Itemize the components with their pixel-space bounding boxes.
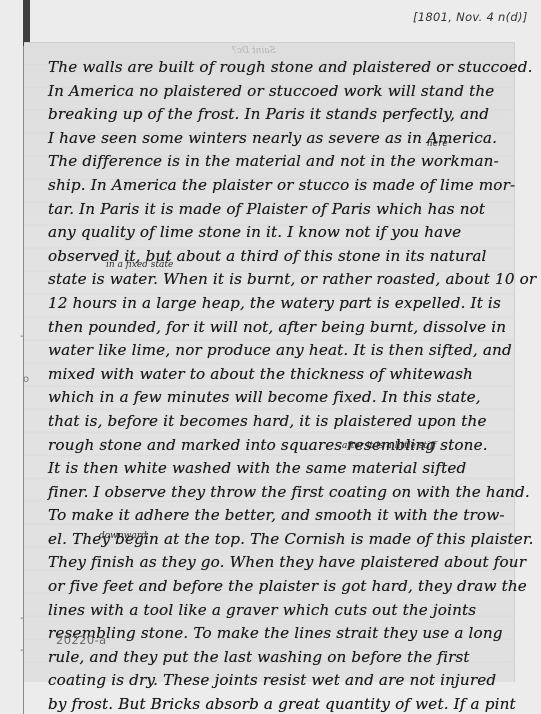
manuscript-line: by frost. But Bricks absorb a great quan… [48,693,508,714]
manuscript-line: ship. In America the plaister or stucco … [48,174,508,198]
manuscript-line: finer. I observe they throw the first co… [48,481,508,505]
manuscript-line: coating is dry. These joints resist wet … [48,669,508,693]
scan-edge-shadow [23,0,30,46]
archive-reference: [1801, Nov. 4 n(d)] [413,10,528,24]
manuscript-line: The walls are built of rough stone and p… [48,56,508,80]
margin-mark: - [20,645,24,656]
manuscript-line: which in a few minutes will become fixed… [48,386,508,410]
margin-mark: - [20,331,24,342]
margin-mark: o [23,374,29,385]
manuscript-line: breaking up of the frost. In Paris it st… [48,103,508,127]
manuscript-page: Saint Dc? here in a fixed state after it… [24,42,515,682]
manuscript-line: el. They begin at the top. The Cornish i… [48,528,508,552]
manuscript-line: any quality of lime stone in it. I know … [48,221,508,245]
bleed-through-heading: Saint Dc? [232,46,276,56]
catalog-number: 20220-a [56,633,107,647]
manuscript-line: then pounded, for it will not, after bei… [48,316,508,340]
manuscript-line: state is water. When it is burnt, or rat… [48,268,508,292]
manuscript-line: I have seen some winters nearly as sever… [48,127,508,151]
manuscript-line: resembling stone. To make the lines stra… [48,622,508,646]
margin-mark: - [20,613,24,624]
manuscript-line: tar. In Paris it is made of Plaister of … [48,198,508,222]
manuscript-line: The difference is in the material and no… [48,150,508,174]
manuscript-line: that is, before it becomes hard, it is p… [48,410,508,434]
manuscript-line: In America no plaistered or stuccoed wor… [48,80,508,104]
manuscript-line: water like lime, nor produce any heat. I… [48,339,508,363]
manuscript-line: or five feet and before the plaister is … [48,575,508,599]
manuscript-line: rule, and they put the last washing on b… [48,646,508,670]
manuscript-line: mixed with water to about the thickness … [48,363,508,387]
manuscript-line: rough stone and marked into squares rese… [48,434,508,458]
manuscript-line: lines with a tool like a graver which cu… [48,599,508,623]
manuscript-text: The walls are built of rough stone and p… [48,56,508,714]
manuscript-line: It is then white washed with the same ma… [48,457,508,481]
manuscript-line: observed it, but about a third of this s… [48,245,508,269]
manuscript-line: They finish as they go. When they have p… [48,551,508,575]
manuscript-line: 12 hours in a large heap, the watery par… [48,292,508,316]
manuscript-line: To make it adhere the better, and smooth… [48,504,508,528]
